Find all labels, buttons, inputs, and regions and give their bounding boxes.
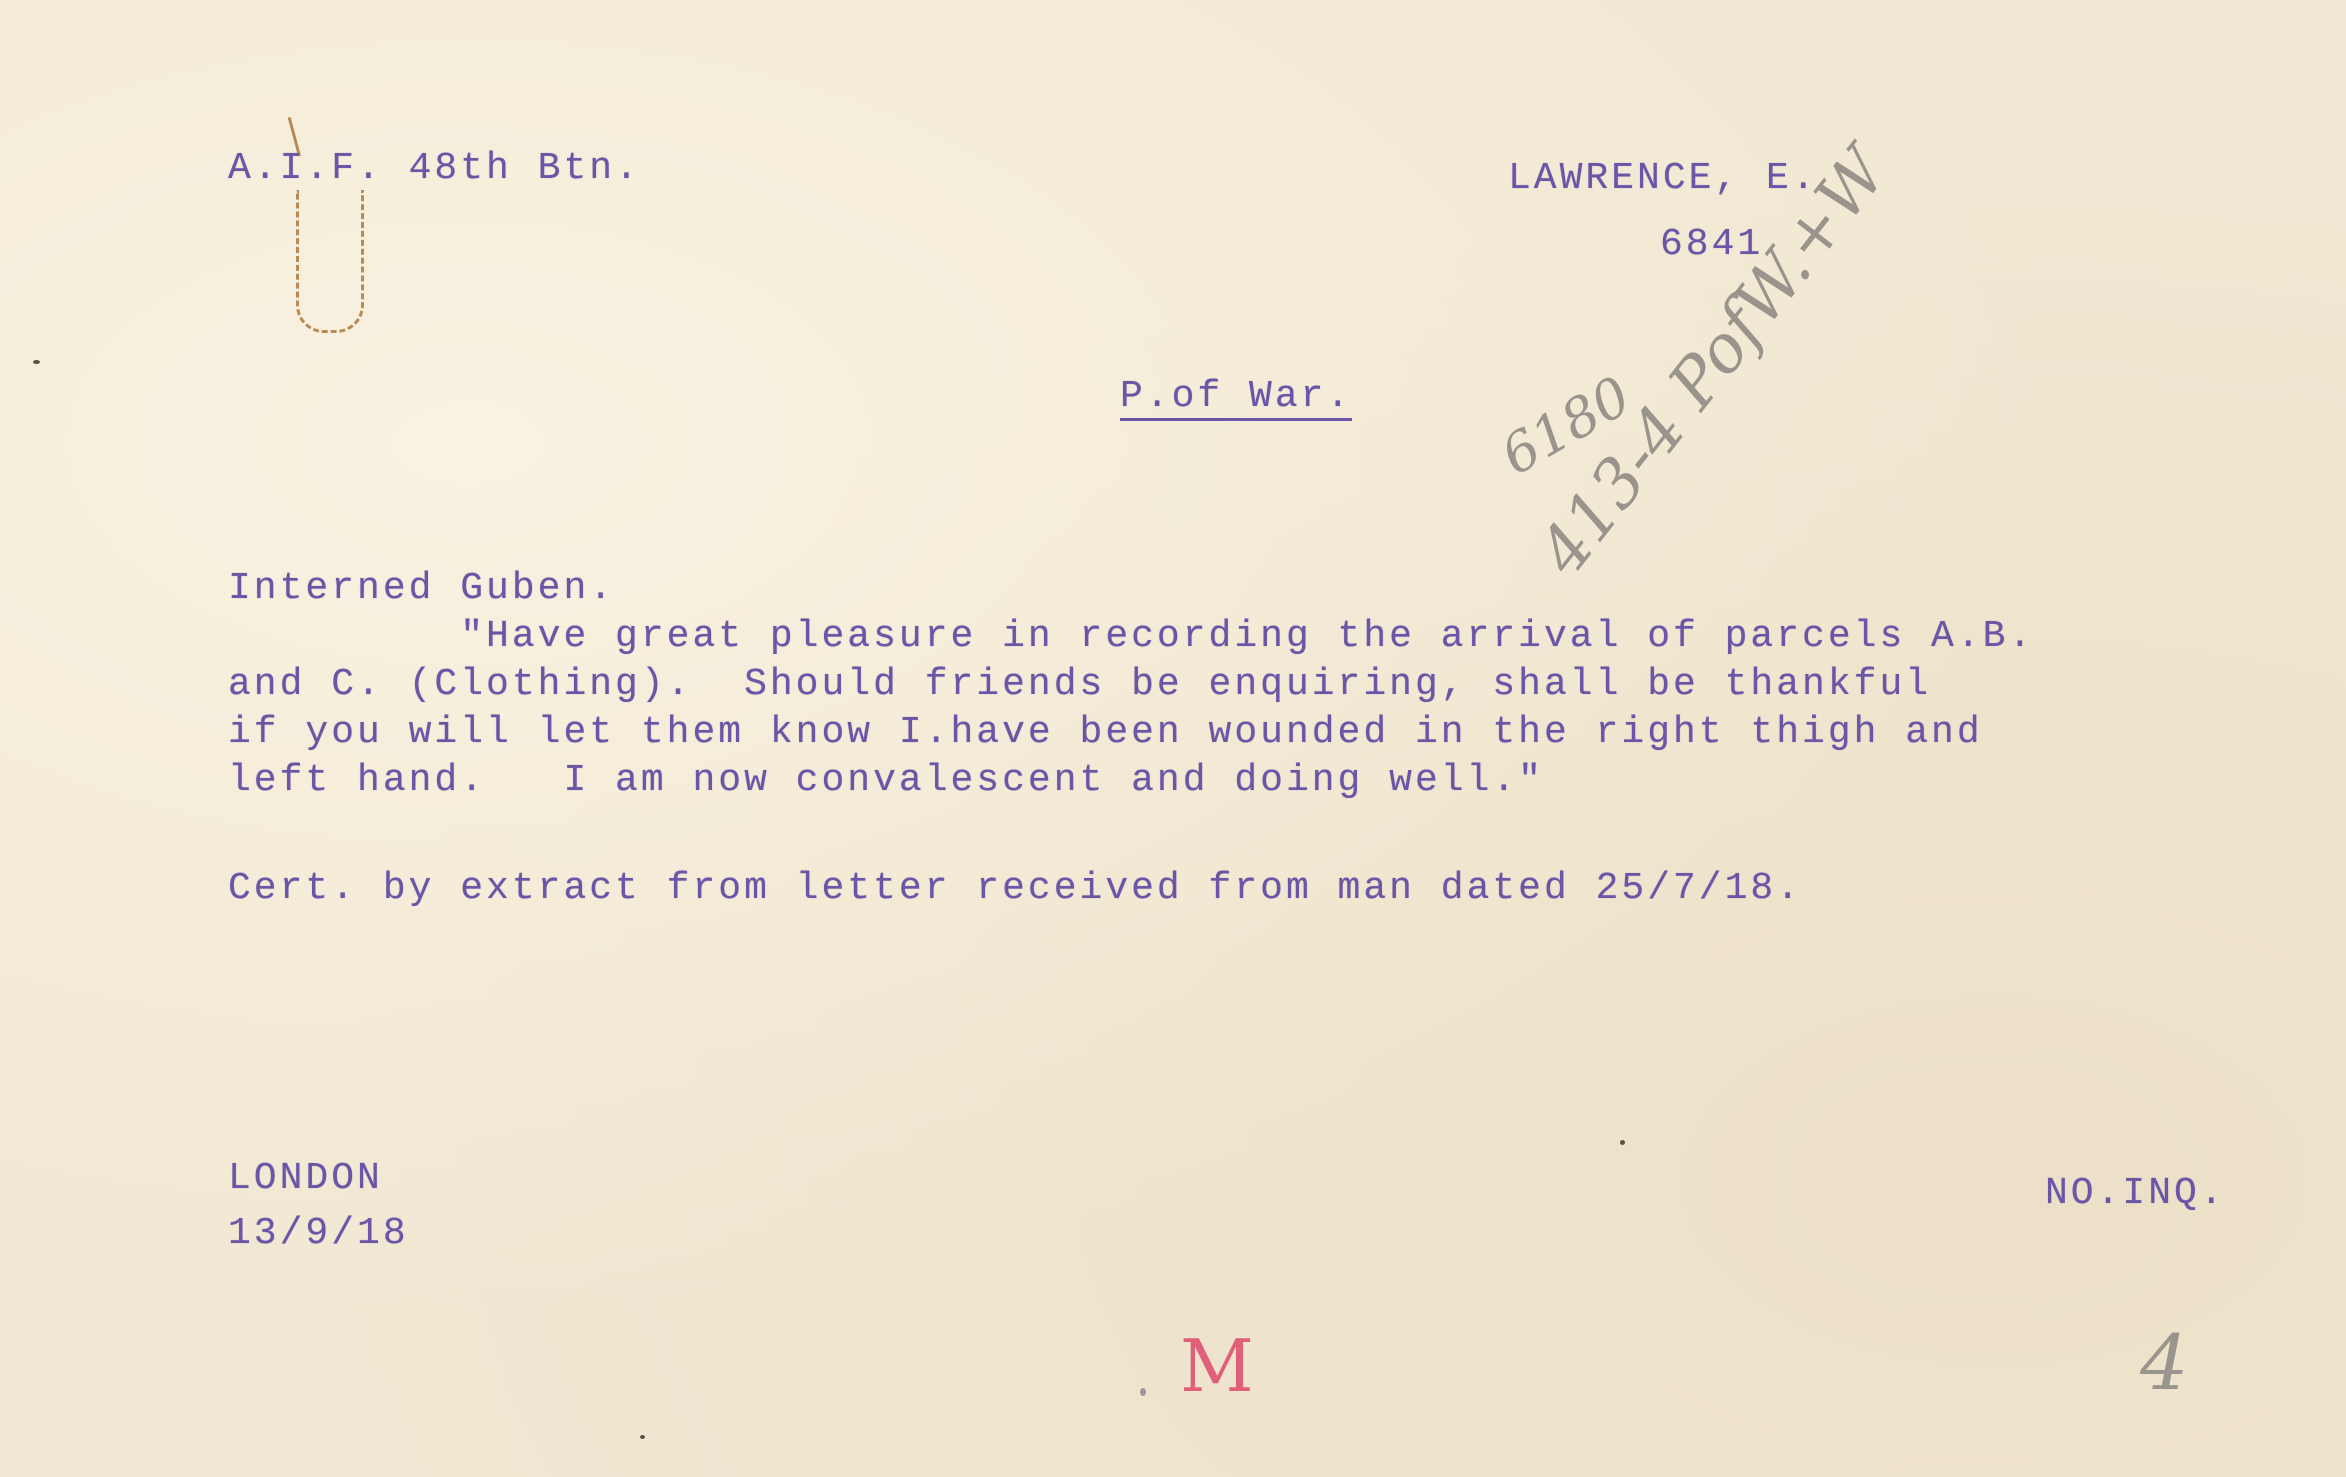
paper-speck: [1620, 1140, 1625, 1145]
paper-speck: [1140, 1388, 1146, 1396]
letter-line: and C. (Clothing). Should friends be enq…: [228, 666, 2034, 714]
certification-line: Cert. by extract from letter received fr…: [228, 870, 1802, 908]
pencil-corner-mark: 4: [2140, 1325, 2188, 1401]
paper-speck: [640, 1435, 645, 1439]
soldier-name: LAWRENCE, E.: [1508, 160, 1818, 198]
letter-extract: Interned Guben. "Have great pleasure in …: [228, 570, 2034, 810]
paper-speck: [33, 360, 40, 364]
interned-location: Interned Guben.: [228, 570, 2034, 618]
letter-line: "Have great pleasure in recording the ar…: [228, 618, 2034, 666]
inquiry-label: NO.INQ.: [2045, 1175, 2226, 1213]
letter-line: left hand. I am now convalescent and doi…: [228, 762, 2034, 810]
red-crayon-mark: M: [1180, 1330, 1254, 1402]
status-heading: P.of War.: [1120, 378, 1352, 421]
date-label: 13/9/18: [228, 1215, 409, 1253]
pencil-annotation-status: 413-4 PofW.+W: [1528, 138, 1899, 586]
letter-line: if you will let them know I.have been wo…: [228, 714, 2034, 762]
staple-mark: [296, 190, 364, 333]
place-label: LONDON: [228, 1160, 383, 1198]
unit-label: A.I.F. 48th Btn.: [228, 150, 641, 188]
